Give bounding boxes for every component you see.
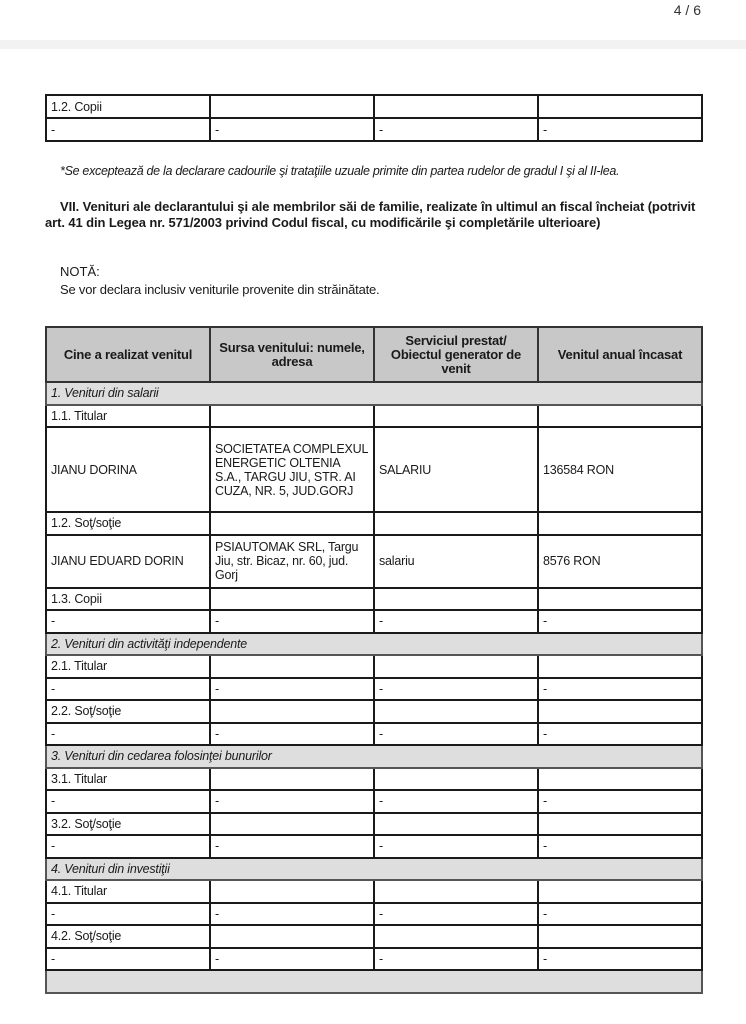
table-cell: - (46, 118, 210, 141)
table-cell (374, 405, 538, 428)
table-cell (374, 925, 538, 948)
table-cell (374, 700, 538, 723)
table-cell: - (210, 678, 374, 701)
table-cell: - (538, 835, 702, 858)
section-row: 3. Venituri din cedarea folosinţei bunur… (46, 745, 702, 768)
nota-label: NOTĂ: (60, 264, 100, 279)
table-cell: - (538, 118, 702, 141)
table-cell: 3.1. Titular (46, 768, 210, 791)
table-cell: - (374, 610, 538, 633)
table-cell (538, 925, 702, 948)
table-cell: - (46, 610, 210, 633)
table-cell: - (538, 610, 702, 633)
table-cell: 8576 RON (538, 535, 702, 588)
table-cell: - (46, 790, 210, 813)
section-row (46, 970, 702, 993)
table-cell: - (46, 723, 210, 746)
table-cell (374, 655, 538, 678)
table-cell: PSIAUTOMAK SRL, Targu Jiu, str. Bicaz, n… (210, 535, 374, 588)
table-cell: - (374, 903, 538, 926)
table-cell (374, 768, 538, 791)
table-cell (210, 768, 374, 791)
table-cell (210, 512, 374, 535)
table-cell (210, 405, 374, 428)
table-row: ---- (46, 678, 702, 701)
header-cine: Cine a realizat venitul (46, 327, 210, 382)
table-cell (538, 405, 702, 428)
section-label: 3. Venituri din cedarea folosinţei bunur… (46, 745, 702, 768)
nota-text: Se vor declara inclusiv veniturile prove… (60, 282, 379, 297)
table-row: ---- (46, 723, 702, 746)
table-cell: - (538, 948, 702, 971)
table-cell (210, 880, 374, 903)
table-cell (538, 588, 702, 611)
table-row: ---- (46, 790, 702, 813)
table-cell: - (210, 948, 374, 971)
section-vii-title: VII. Venituri ale declarantului şi ale m… (45, 199, 705, 231)
table-row: 3.2. Soţ/soţie (46, 813, 702, 836)
table-cell: 1.2. Soţ/soţie (46, 512, 210, 535)
table-cell: SOCIETATEA COMPLEXUL ENERGETIC OLTENIA S… (210, 427, 374, 512)
table-cell: - (210, 610, 374, 633)
table-row: JIANU DORINASOCIETATEA COMPLEXUL ENERGET… (46, 427, 702, 512)
table-cell: - (538, 723, 702, 746)
table-cell: 2.2. Soţ/soţie (46, 700, 210, 723)
header-serviciul: Serviciul prestat/ Obiectul generator de… (374, 327, 538, 382)
table-cell: - (374, 948, 538, 971)
table-cell: - (46, 903, 210, 926)
table-cell (210, 655, 374, 678)
table-cell: - (538, 790, 702, 813)
table-row: 1.3. Copii (46, 588, 702, 611)
table-cell: 4.1. Titular (46, 880, 210, 903)
table-row: 2.2. Soţ/soţie (46, 700, 702, 723)
table-row: 1.2. Soţ/soţie (46, 512, 702, 535)
table-row: ---- (46, 118, 702, 141)
table-row: 2.1. Titular (46, 655, 702, 678)
table-row: 3.1. Titular (46, 768, 702, 791)
table-row: ---- (46, 903, 702, 926)
page-separator (0, 40, 746, 49)
table-cell (538, 813, 702, 836)
table-cell: JIANU EDUARD DORIN (46, 535, 210, 588)
table-cell: - (210, 723, 374, 746)
table-row: 1.1. Titular (46, 405, 702, 428)
table-cell (374, 588, 538, 611)
table-cell: - (374, 118, 538, 141)
table-cell (538, 768, 702, 791)
table-cell: - (538, 903, 702, 926)
table-cell: - (46, 678, 210, 701)
table-cell (374, 813, 538, 836)
table-cell: - (46, 835, 210, 858)
header-sursa: Sursa venitului: numele, adresa (210, 327, 374, 382)
table-cell: - (374, 835, 538, 858)
table-cell (210, 700, 374, 723)
table-cell (374, 880, 538, 903)
table-row: ---- (46, 610, 702, 633)
section-label: 1. Venituri din salarii (46, 382, 702, 405)
section-row: 1. Venituri din salarii (46, 382, 702, 405)
table-cell: - (210, 903, 374, 926)
table-cell: salariu (374, 535, 538, 588)
table-cell: SALARIU (374, 427, 538, 512)
table-cell (210, 95, 374, 118)
table-cell (374, 95, 538, 118)
table-row: JIANU EDUARD DORINPSIAUTOMAK SRL, Targu … (46, 535, 702, 588)
table-cell: - (374, 678, 538, 701)
section-label: 2. Venituri din activităţi independente (46, 633, 702, 656)
section-label: 4. Venituri din investiţii (46, 858, 702, 881)
table-cell (538, 95, 702, 118)
table-cell: JIANU DORINA (46, 427, 210, 512)
table-cell: - (374, 790, 538, 813)
section-label (46, 970, 702, 993)
table-cell (538, 700, 702, 723)
table-cell: - (374, 723, 538, 746)
table-cell: - (210, 790, 374, 813)
table-cell (538, 880, 702, 903)
gifts-footnote: *Se exceptează de la declarare cadourile… (60, 164, 619, 178)
table-row: 4.2. Soţ/soţie (46, 925, 702, 948)
page-indicator: 4 / 6 (674, 2, 701, 18)
table-cell: - (538, 678, 702, 701)
table-cell: 136584 RON (538, 427, 702, 512)
table-cell (210, 588, 374, 611)
table-cell (538, 512, 702, 535)
income-table: Cine a realizat venitul Sursa venitului:… (45, 326, 703, 994)
table-cell: - (210, 835, 374, 858)
table-row: ---- (46, 835, 702, 858)
table-cell (538, 655, 702, 678)
children-gifts-table: 1.2. Copii---- (45, 94, 703, 142)
section-row: 4. Venituri din investiţii (46, 858, 702, 881)
table-cell (210, 925, 374, 948)
table-cell (374, 512, 538, 535)
table-cell: 1.1. Titular (46, 405, 210, 428)
table-cell: 2.1. Titular (46, 655, 210, 678)
table-cell: 1.3. Copii (46, 588, 210, 611)
table-cell: 3.2. Soţ/soţie (46, 813, 210, 836)
table-row: 1.2. Copii (46, 95, 702, 118)
section-row: 2. Venituri din activităţi independente (46, 633, 702, 656)
header-venitul: Venitul anual încasat (538, 327, 702, 382)
table-cell (210, 813, 374, 836)
table-cell: 1.2. Copii (46, 95, 210, 118)
table-row: ---- (46, 948, 702, 971)
table-row: 4.1. Titular (46, 880, 702, 903)
income-table-header: Cine a realizat venitul Sursa venitului:… (46, 327, 702, 382)
table-cell: - (46, 948, 210, 971)
table-cell: 4.2. Soţ/soţie (46, 925, 210, 948)
table-cell: - (210, 118, 374, 141)
